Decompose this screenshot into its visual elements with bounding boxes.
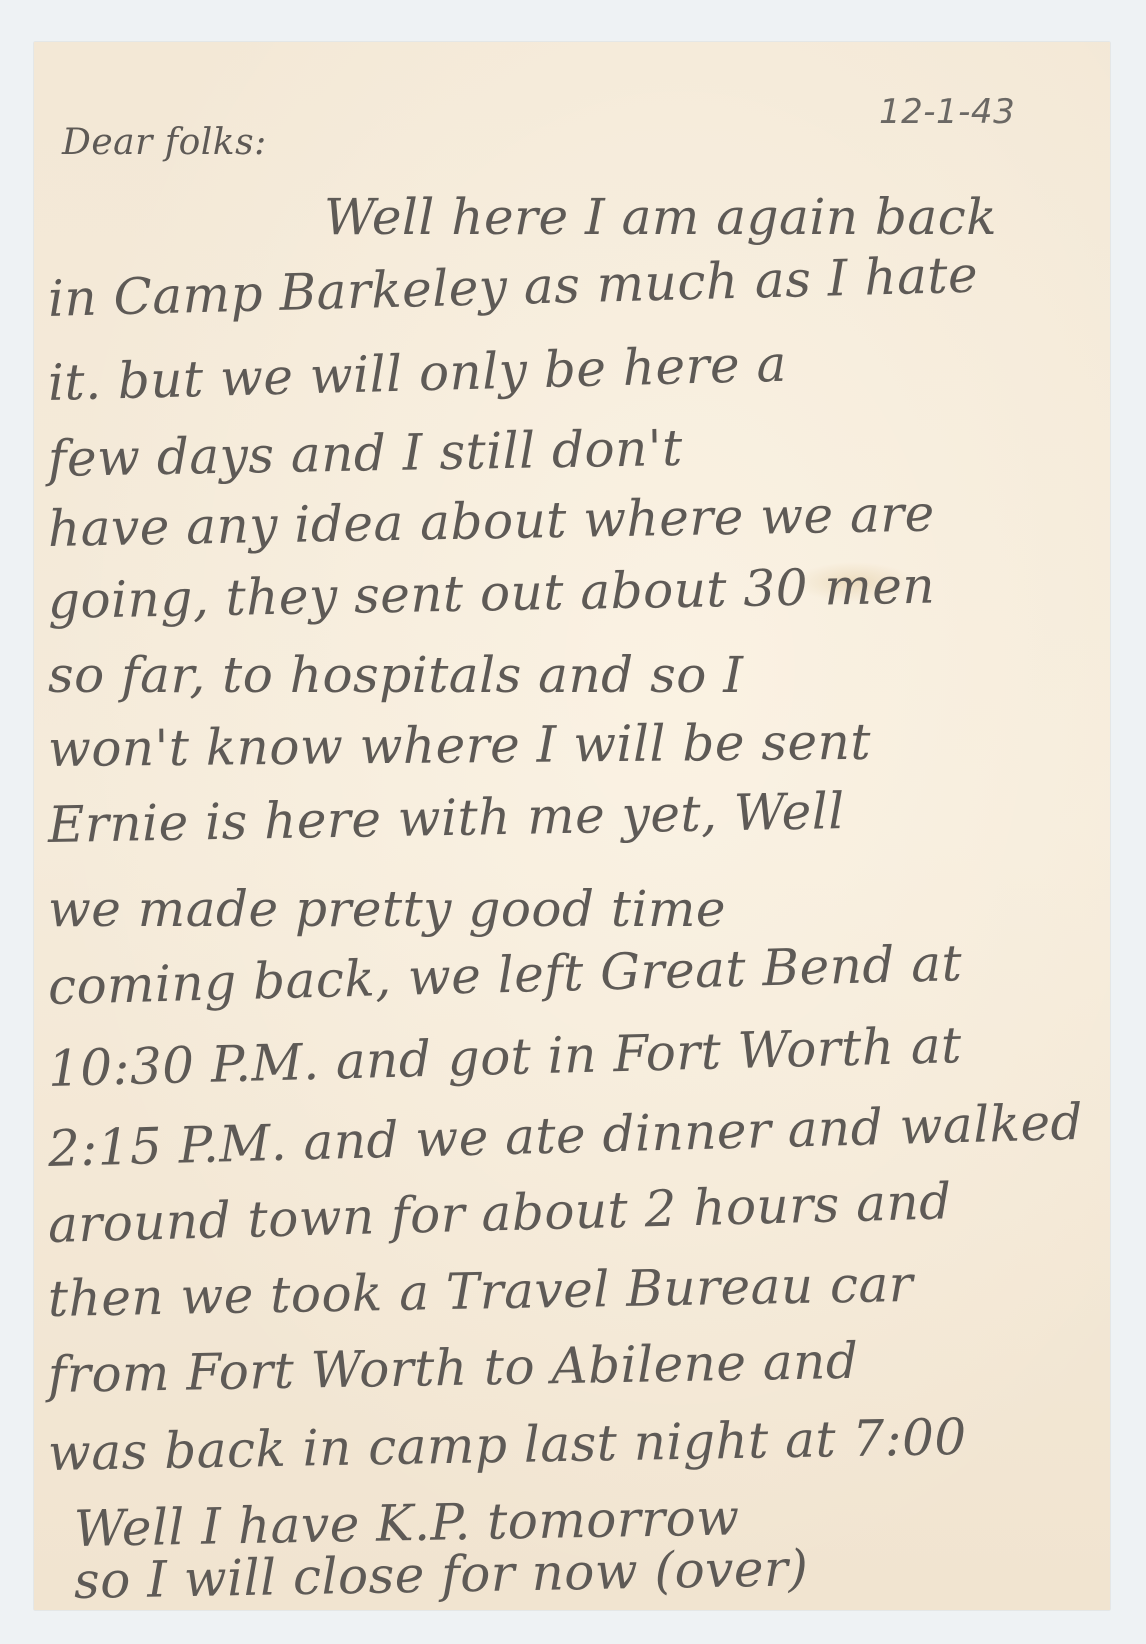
letter-line-15: then we took a Travel Bureau car xyxy=(48,1259,914,1324)
letter-line-1: Well here I am again back xyxy=(324,192,997,242)
letter-page: 12-1-43 Dear folks: Well here I am again… xyxy=(34,42,1110,1610)
letter-line-10: we made pretty good time xyxy=(48,884,726,934)
letter-line-9: Ernie is here with me yet, Well xyxy=(48,786,846,850)
letter-line-4: few days and I still don't xyxy=(48,423,684,484)
letter-line-13: 2:15 P.M. and we ate dinner and walked xyxy=(47,1097,1083,1174)
letter-greeting: Dear folks: xyxy=(62,122,267,163)
letter-line-5: have any idea about where we are xyxy=(48,489,936,554)
letter-line-14: around town for about 2 hours and xyxy=(47,1176,952,1250)
letter-line-16: from Fort Worth to Abilene and xyxy=(48,1336,859,1400)
letter-line-8: won't know where I will be sent xyxy=(48,717,871,774)
letter-line-3: it. but we will only be here a xyxy=(47,339,787,408)
letter-line-7: so far, to hospitals and so I xyxy=(48,650,743,700)
letter-line-17: was back in camp last night at 7:00 xyxy=(48,1412,968,1478)
letter-line-6: going, they sent out about 30 men xyxy=(48,561,936,626)
letter-line-19: so I will close for now (over) xyxy=(74,1543,809,1606)
letter-line-12: 10:30 P.M. and got in Fort Worth at xyxy=(47,1020,962,1094)
letter-date: 12-1-43 xyxy=(879,92,1015,132)
letter-line-2: in Camp Barkeley as much as I hate xyxy=(47,250,978,324)
letter-line-11: coming back, we left Great Bend at xyxy=(47,938,962,1012)
